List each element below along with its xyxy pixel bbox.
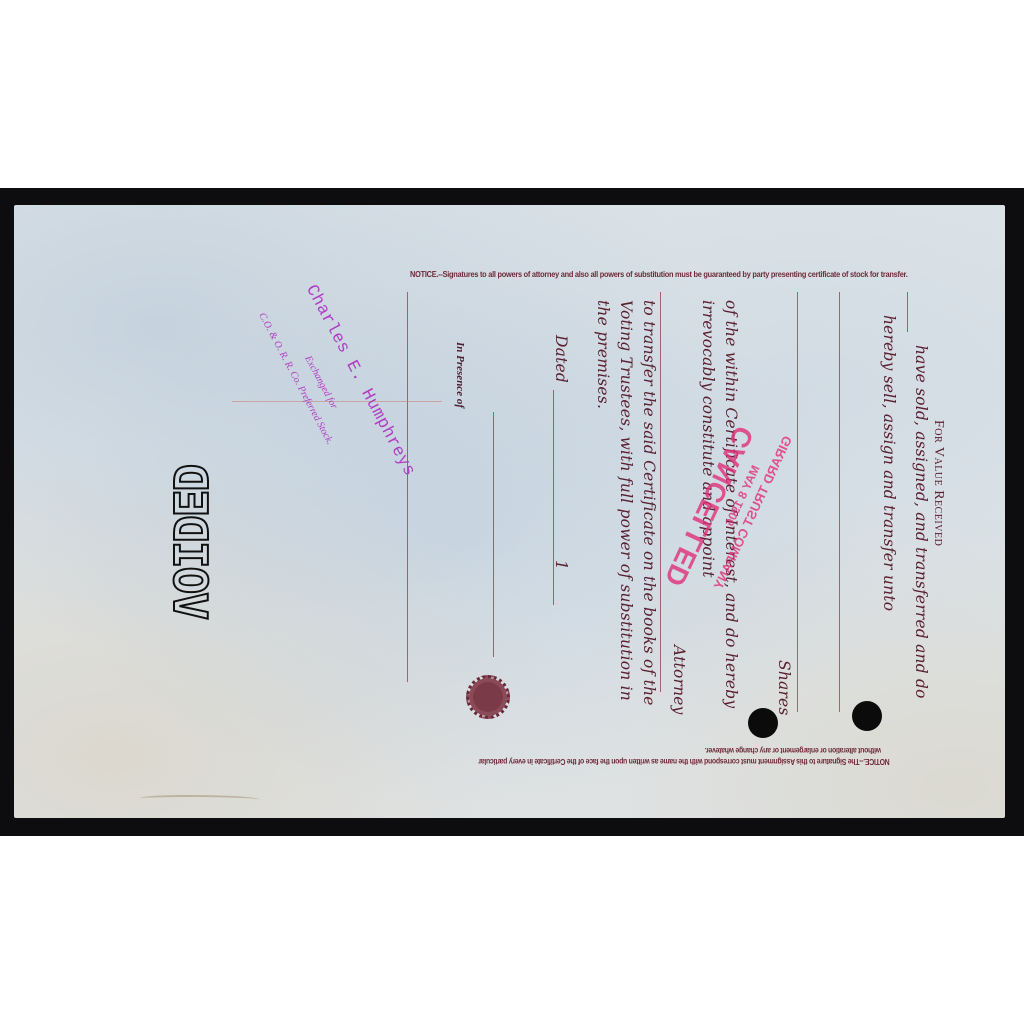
notice-top: NOTICE.--Signatures to all powers of att… (410, 269, 908, 279)
notice-bottom-line-2: without alteration or enlargement or any… (455, 745, 889, 756)
rule-7 (907, 292, 908, 332)
revenue-seal (466, 675, 510, 719)
dated-label: Dated (552, 335, 570, 383)
assignment-line-7: the premises. (594, 300, 612, 409)
attorney-label: Attorney (670, 645, 688, 715)
voided-perforation-text: VOIDED (163, 466, 217, 620)
paper-stain (140, 795, 260, 803)
assignment-line-2: hereby sell, assign and transfer unto (880, 315, 898, 611)
rule-4 (553, 390, 554, 605)
rule-6 (407, 292, 408, 682)
dated-suffix: 1 (552, 560, 570, 570)
assignment-line-5: to transfer the said Certificate on the … (640, 300, 658, 706)
rule-1 (797, 292, 798, 712)
notice-bottom-line-1: NOTICE.--The Signature to this Assignmen… (455, 756, 889, 767)
assignment-line-6: Voting Trustees, with full power of subs… (617, 300, 635, 701)
shares-label: Shares (775, 660, 793, 716)
notice-bottom: NOTICE.--The Signature to this Assignmen… (455, 745, 889, 767)
rule-3 (660, 292, 661, 692)
for-value-received: For Value Received (930, 420, 946, 546)
punch-hole-1 (852, 701, 882, 731)
assignment-line-1: have sold, assigned, and transferred and… (912, 345, 930, 699)
punch-hole-2 (748, 708, 778, 738)
voided-perforation: VOIDED (165, 620, 235, 810)
rule-2 (839, 292, 840, 712)
rule-5 (493, 412, 494, 657)
in-presence-of: In Presence of (454, 342, 466, 408)
